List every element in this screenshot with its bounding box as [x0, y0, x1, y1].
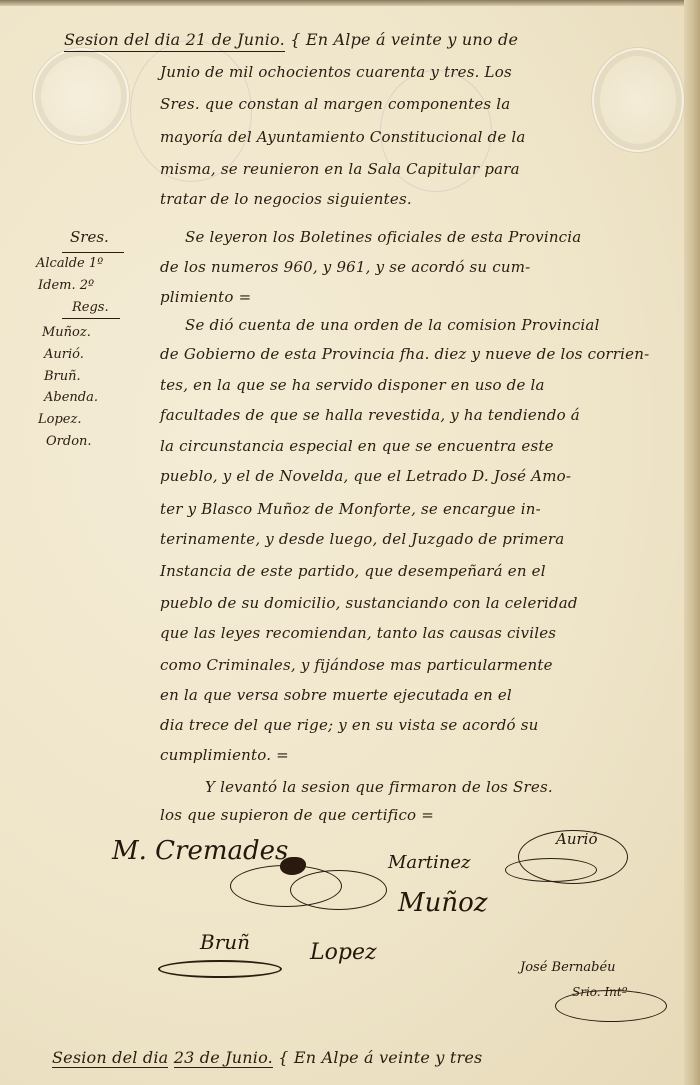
signature-flourish: [290, 870, 387, 910]
paragraph-line: pueblo, y el de Novelda, que el Letrado …: [160, 467, 571, 485]
margin-regidor: Aurió.: [44, 347, 84, 362]
next-session-opening: { En Alpe á veinte y tres: [278, 1048, 482, 1067]
paragraph-line: la circunstancia especial en que se encu…: [160, 437, 554, 455]
page-top-edge: [0, 0, 700, 6]
margin-regidor: Ordon.: [46, 434, 92, 449]
signature-martinez: Martinez: [388, 852, 471, 873]
page-binding-edge: [684, 0, 700, 1085]
paragraph-line: los que supieron de que certifico =: [160, 806, 434, 824]
paragraph-line: terinamente, y desde luego, del Juzgado …: [160, 530, 564, 548]
opening-line: { En Alpe á veinte y uno de: [290, 30, 518, 49]
signature-lopez: Lopez: [310, 940, 377, 965]
paragraph-line: en la que versa sobre muerte ejecutada e…: [160, 686, 512, 704]
margin-regidor: Abenda.: [44, 390, 98, 405]
signature-secretary: José Bernabéu: [520, 960, 616, 975]
opening-line: Junio de mil ochocientos cuarenta y tres…: [160, 63, 512, 81]
next-session-date: 23 de Junio.: [174, 1048, 273, 1068]
paragraph-line: de Gobierno de esta Provincia fha. diez …: [160, 345, 649, 363]
paragraph-line: pueblo de su domicilio, sustanciando con…: [160, 594, 578, 612]
margin-regidor: Lopez.: [38, 412, 81, 427]
opening-line: tratar de lo negocios siguientes.: [160, 190, 412, 208]
embossed-seal-right-icon: [592, 48, 684, 152]
signature-flourish: [555, 990, 667, 1022]
paragraph-line: como Criminales, y fijándose mas particu…: [160, 656, 553, 674]
opening-line: mayoría del Ayuntamiento Constitucional …: [160, 128, 526, 146]
paragraph-line: cumplimiento. =: [160, 746, 289, 764]
margin-divider: [62, 318, 120, 319]
margin-regidor: Muñoz.: [42, 325, 91, 340]
session-heading: Sesion del dia 21 de Junio. { En Alpe á …: [64, 30, 518, 49]
next-session-heading: Sesion del dia 23 de Junio. { En Alpe á …: [52, 1048, 482, 1067]
manuscript-page: Sesion del dia 21 de Junio. { En Alpe á …: [0, 0, 700, 1085]
margin-official: Idem. 2º: [38, 278, 94, 293]
session-date: Sesion del dia 21 de Junio.: [64, 30, 285, 52]
signature-flourish: [505, 858, 597, 882]
paragraph-line: plimiento =: [160, 288, 251, 306]
opening-line: Sres. que constan al margen componentes …: [160, 95, 510, 113]
signature-brun: Bruñ: [200, 930, 250, 954]
paragraph-line: ter y Blasco Muñoz de Monforte, se encar…: [160, 500, 541, 518]
margin-regidor: Bruñ.: [44, 369, 81, 384]
signature-cremades: M. Cremades: [112, 836, 288, 866]
paragraph-line: facultades de que se halla revestida, y …: [160, 406, 580, 424]
paragraph-line: tes, en la que se ha servido disponer en…: [160, 376, 545, 394]
margin-title: Sres.: [70, 228, 109, 246]
paragraph-line: Instancia de este partido, que desempeña…: [160, 562, 546, 580]
margin-regidores-title: Regs.: [72, 300, 109, 315]
paragraph-line: dia trece del que rige; y en su vista se…: [160, 716, 538, 734]
embossed-seal-left-icon: [33, 48, 129, 144]
margin-official: Alcalde 1º: [36, 256, 103, 271]
opening-line: misma, se reunieron en la Sala Capitular…: [160, 160, 520, 178]
next-session-label: Sesion del dia: [52, 1048, 168, 1068]
margin-divider: [62, 252, 124, 253]
paragraph-line: Y levantó la sesion que firmaron de los …: [205, 778, 553, 796]
signature-underline-flourish: [158, 960, 282, 978]
signature-munoz: Muñoz: [398, 888, 487, 918]
paragraph-line: de los numeros 960, y 961, y se acordó s…: [160, 258, 530, 276]
paragraph-line: Se leyeron los Boletines oficiales de es…: [185, 228, 581, 246]
paragraph-line: que las leyes recomiendan, tanto las cau…: [160, 624, 556, 642]
paragraph-line: Se dió cuenta de una orden de la comisio…: [185, 316, 600, 334]
